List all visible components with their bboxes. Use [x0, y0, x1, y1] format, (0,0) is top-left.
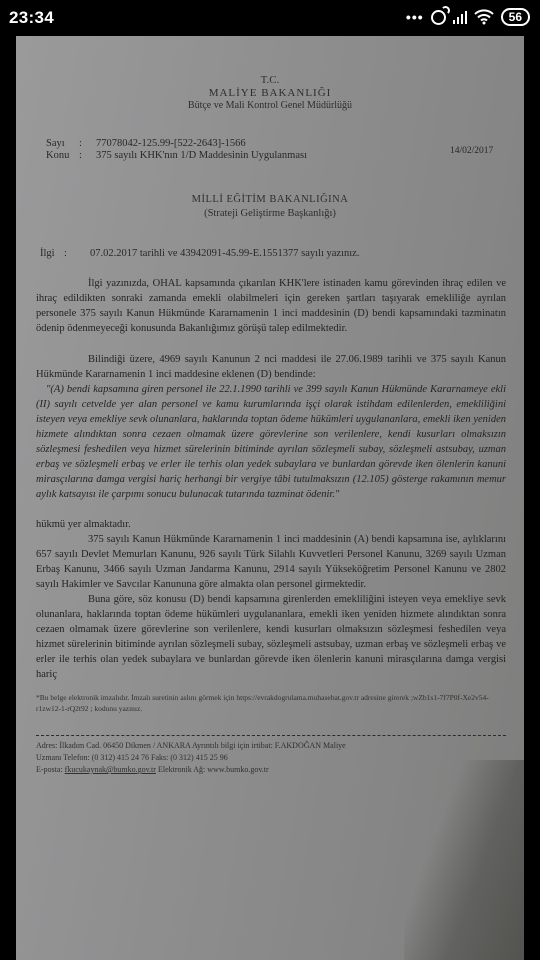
- recipient-unit: (Strateji Geliştirme Başkanlığı): [16, 208, 524, 219]
- header-ministry: MALİYE BAKANLIĞI: [16, 87, 524, 99]
- law-quote: "(A) bendi kapsamına giren personel ile …: [36, 382, 506, 502]
- signal-icon: [453, 10, 467, 24]
- photo-shadow: [404, 760, 524, 960]
- battery-icon: 56: [501, 8, 530, 26]
- sync-icon: [431, 10, 446, 25]
- paragraph-2: Bilindiği üzere, 4969 sayılı Kanunun 2 n…: [36, 352, 506, 382]
- more-dots-icon: •••: [406, 10, 424, 24]
- footer-divider: [36, 735, 506, 736]
- status-bar: 23:34 ••• 56: [0, 0, 540, 36]
- status-time: 23:34: [9, 8, 54, 28]
- document-date: 14/02/2017: [450, 146, 493, 156]
- e-signature-note: *Bu belge elektronik imzalıdır. İmzalı s…: [36, 692, 506, 714]
- web-link[interactable]: www.bumko.gov.tr: [207, 765, 268, 774]
- paragraph-1: İlgi yazınızda, OHAL kapsamında çıkarıla…: [36, 276, 506, 336]
- footer-address: Adres: İlkadım Cad. 06450 Dikmen / ANKAR…: [36, 740, 506, 752]
- konu-value: 375 sayılı KHK'nın 1/D Maddesinin Uygula…: [96, 150, 307, 161]
- eposta-label: E-posta:: [36, 765, 63, 774]
- header-tc: T.C.: [16, 74, 524, 86]
- sayi-label: Sayı: [46, 138, 65, 149]
- ilgi-value: 07.02.2017 tarihli ve 43942091-45.99-E.1…: [90, 248, 359, 259]
- document-photo: T.C. MALİYE BAKANLIĞI Bütçe ve Mali Kont…: [16, 36, 524, 960]
- web-label: Elektronik Ağ:: [158, 765, 205, 774]
- ilgi-label: İlgi: [40, 248, 55, 259]
- sayi-value: 77078042-125.99-[522-2643]-1566: [96, 138, 246, 149]
- wifi-icon: [474, 9, 494, 25]
- konu-label: Konu: [46, 150, 69, 161]
- after-quote: hükmü yer almaktadır.: [36, 517, 506, 532]
- paragraph-4: Buna göre, söz konusu (D) bendi kapsamın…: [36, 592, 506, 682]
- paragraph-3: 375 sayılı Kanun Hükmünde Kararnamenin 1…: [36, 532, 506, 592]
- recipient: MİLLİ EĞİTİM BAKANLIĞINA: [16, 194, 524, 205]
- status-icons: ••• 56: [406, 8, 530, 26]
- header-department: Bütçe ve Mali Kontrol Genel Müdürlüğü: [16, 100, 524, 111]
- eposta-link[interactable]: fkucukaynak@bumko.gov.tr: [65, 765, 156, 774]
